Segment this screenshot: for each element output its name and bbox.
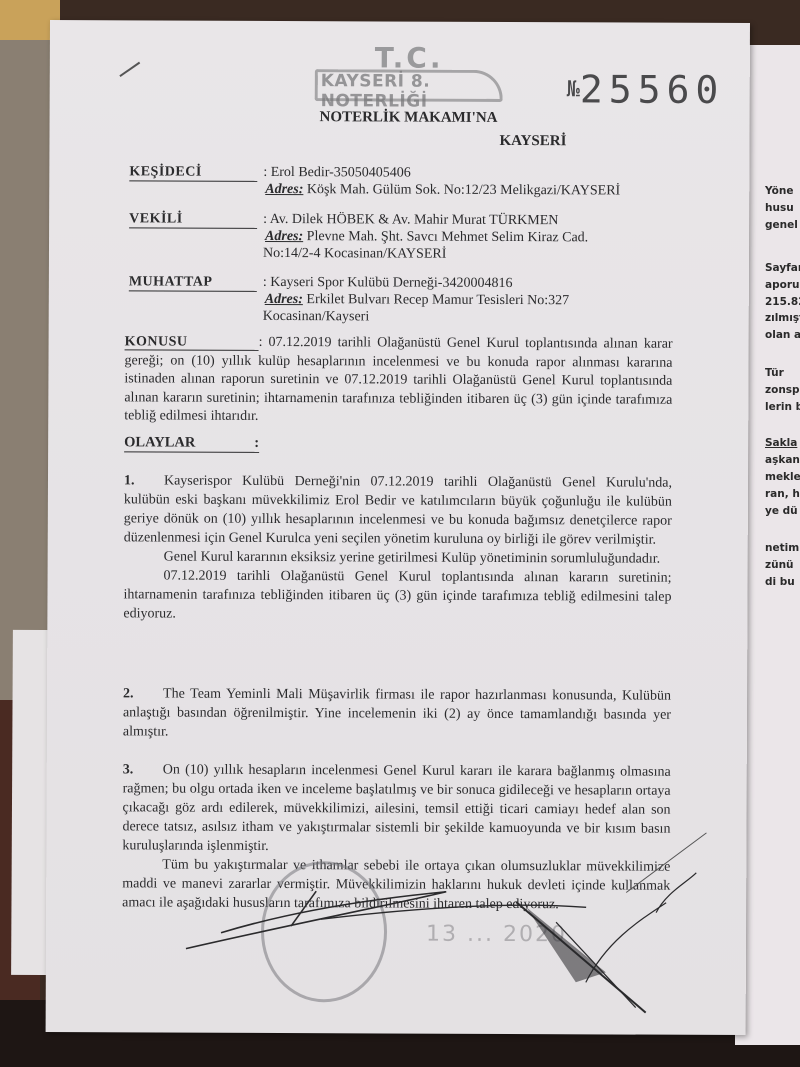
signatures bbox=[46, 20, 750, 1035]
notary-document: T.C. KAYSERİ 8. NOTERLİĞİ №25560 NOTERLİ… bbox=[46, 20, 750, 1035]
